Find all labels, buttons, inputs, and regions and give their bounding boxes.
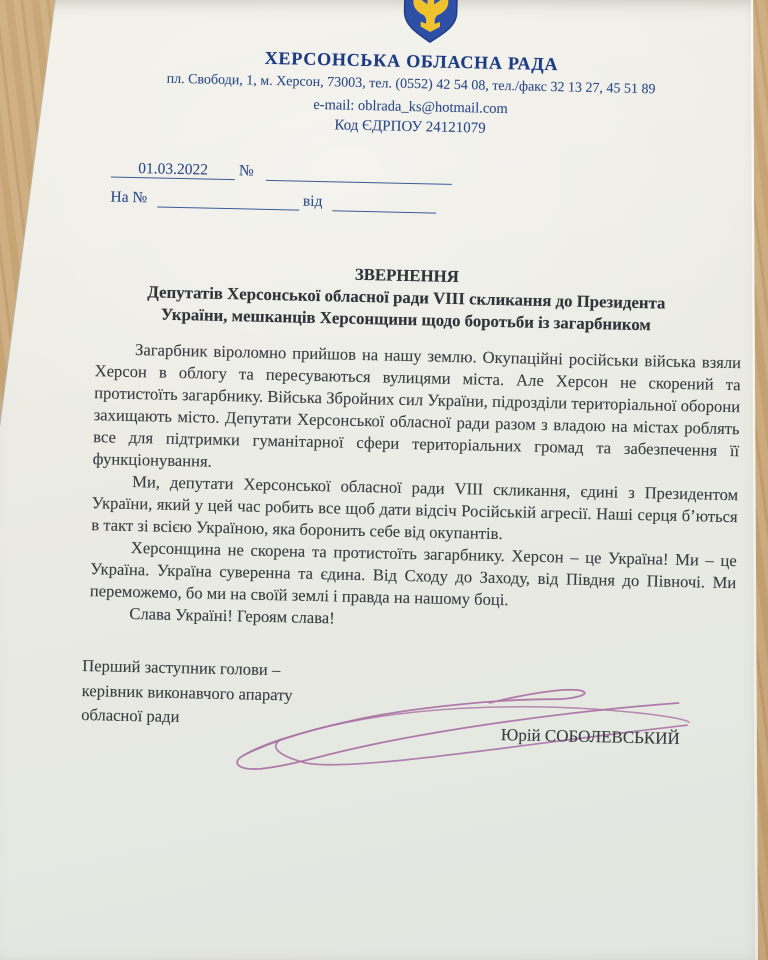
- signature-block: Перший заступник голови – керівник викон…: [80, 654, 754, 789]
- body-paragraph: Загарбник віроломно прийшов на нашу земл…: [93, 338, 742, 484]
- number-label: №: [239, 162, 254, 180]
- reference-block: 01.03.2022 № На № від: [110, 159, 765, 220]
- on-number-field-blank: [157, 189, 299, 210]
- letter-body: Загарбник віроломно прийшов на нашу земл…: [89, 338, 741, 638]
- letter-paper: ХЕРСОНСЬКА ОБЛАСНА РАДА пл. Свободи, 1, …: [0, 0, 768, 960]
- letterhead: ХЕРСОНСЬКА ОБЛАСНА РАДА пл. Свободи, 1, …: [54, 0, 768, 144]
- reference-reply-row: На № від: [110, 188, 764, 220]
- document-title: ЗВЕРНЕННЯ Депутатів Херсонської обласної…: [50, 257, 763, 339]
- reference-date-row: 01.03.2022 №: [111, 159, 765, 191]
- from-date-field-blank: [332, 193, 436, 213]
- from-label: від: [303, 193, 323, 211]
- paper-left-edge-shadow: [0, 0, 56, 432]
- date-field: 01.03.2022: [111, 159, 235, 180]
- on-number-label: На №: [110, 188, 147, 207]
- letter-content: ХЕРСОНСЬКА ОБЛАСНА РАДА пл. Свободи, 1, …: [40, 0, 768, 789]
- ukraine-trident-emblem-icon: [401, 0, 461, 44]
- number-field-blank: [265, 163, 451, 185]
- handwritten-signature: [228, 655, 711, 787]
- signer-name: Юрій СОБОЛЕВСЬКИЙ: [501, 725, 680, 749]
